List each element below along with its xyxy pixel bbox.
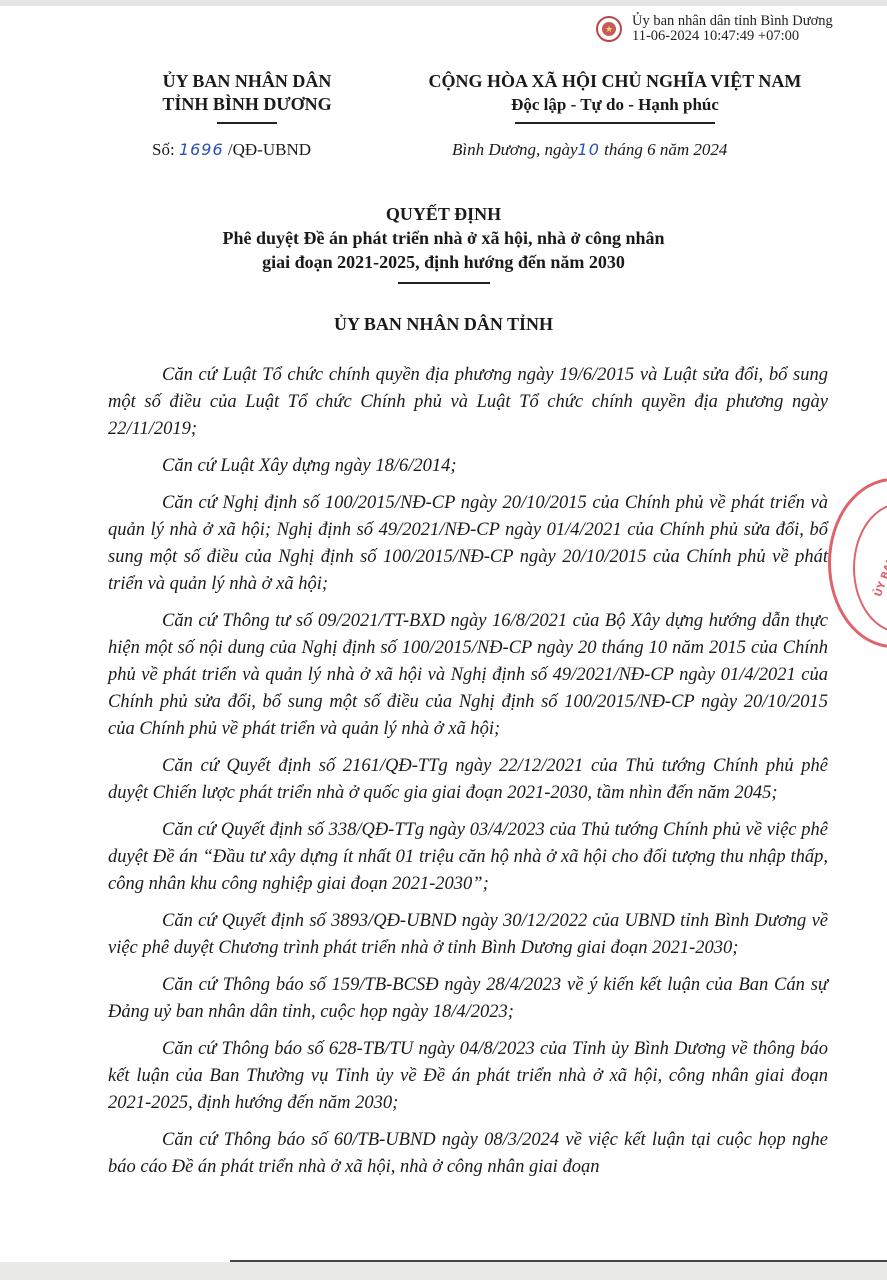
signature-signer: Ủy ban nhân dân tỉnh Bình Dương bbox=[632, 14, 833, 29]
document-title: QUYẾT ĐỊNH Phê duyệt Đề án phát triển nh… bbox=[0, 202, 887, 284]
agency-divider bbox=[217, 122, 277, 124]
subject-line2: giai đoạn 2021-2025, định hướng đến năm … bbox=[0, 250, 887, 274]
legal-basis-body: Căn cứ Luật Tổ chức chính quyền địa phươ… bbox=[108, 362, 828, 1191]
paragraph: Căn cứ Quyết định số 338/QĐ-TTg ngày 03/… bbox=[108, 817, 828, 898]
document-number: Số: 1696 /QĐ-UBND bbox=[152, 140, 311, 160]
national-emblem-icon: ★ bbox=[596, 16, 622, 42]
paragraph: Căn cứ Luật Xây dựng ngày 18/6/2014; bbox=[108, 453, 828, 480]
scan-top-edge bbox=[0, 0, 887, 6]
motto-divider bbox=[515, 122, 715, 124]
country-name: CỘNG HÒA XÃ HỘI CHỦ NGHĨA VIỆT NAM bbox=[395, 70, 835, 93]
paragraph: Căn cứ Quyết định số 3893/QĐ-UBND ngày 3… bbox=[108, 908, 828, 962]
scan-bottom-edge bbox=[0, 1262, 887, 1280]
issue-date: Bình Dương, ngày10 tháng 6 năm 2024 bbox=[452, 140, 727, 160]
subject-line1: Phê duyệt Đề án phát triển nhà ở xã hội,… bbox=[0, 226, 887, 250]
number-suffix: /QĐ-UBND bbox=[228, 140, 311, 159]
doc-type: QUYẾT ĐỊNH bbox=[0, 202, 887, 226]
digital-signature-badge: ★ Ủy ban nhân dân tỉnh Bình Dương 11-06-… bbox=[596, 14, 833, 44]
paragraph: Căn cứ Nghị định số 100/2015/NĐ-CP ngày … bbox=[108, 490, 828, 598]
agency-line2: TỈNH BÌNH DƯƠNG bbox=[137, 93, 357, 116]
signature-timestamp: 11-06-2024 10:47:49 +07:00 bbox=[632, 29, 833, 44]
title-divider bbox=[398, 282, 490, 284]
motto: Độc lập - Tự do - Hạnh phúc bbox=[395, 93, 835, 116]
paragraph: Căn cứ Luật Tổ chức chính quyền địa phươ… bbox=[108, 362, 828, 443]
paragraph: Căn cứ Thông báo số 60/TB-UBND ngày 08/3… bbox=[108, 1127, 828, 1181]
paragraph: Căn cứ Quyết định số 2161/QĐ-TTg ngày 22… bbox=[108, 753, 828, 807]
issuing-agency: ỦY BAN NHÂN DÂN TỈNH BÌNH DƯƠNG bbox=[137, 70, 357, 124]
national-motto: CỘNG HÒA XÃ HỘI CHỦ NGHĨA VIỆT NAM Độc l… bbox=[395, 70, 835, 124]
number-prefix: Số: bbox=[152, 140, 175, 159]
agency-line1: ỦY BAN NHÂN DÂN bbox=[137, 70, 357, 93]
authority-heading: ỦY BAN NHÂN DÂN TỈNH bbox=[0, 314, 887, 335]
date-prefix: Bình Dương, ngày bbox=[452, 140, 578, 159]
paragraph: Căn cứ Thông tư số 09/2021/TT-BXD ngày 1… bbox=[108, 608, 828, 743]
paragraph: Căn cứ Thông báo số 159/TB-BCSĐ ngày 28/… bbox=[108, 972, 828, 1026]
handwritten-number: 1696 bbox=[179, 140, 224, 159]
date-suffix: tháng 6 năm 2024 bbox=[604, 140, 727, 159]
official-seal-stamp: ỦY BAN NHÂN DÂN bbox=[828, 478, 887, 648]
handwritten-day: 10 bbox=[578, 140, 600, 159]
paragraph: Căn cứ Thông báo số 628-TB/TU ngày 04/8/… bbox=[108, 1036, 828, 1117]
